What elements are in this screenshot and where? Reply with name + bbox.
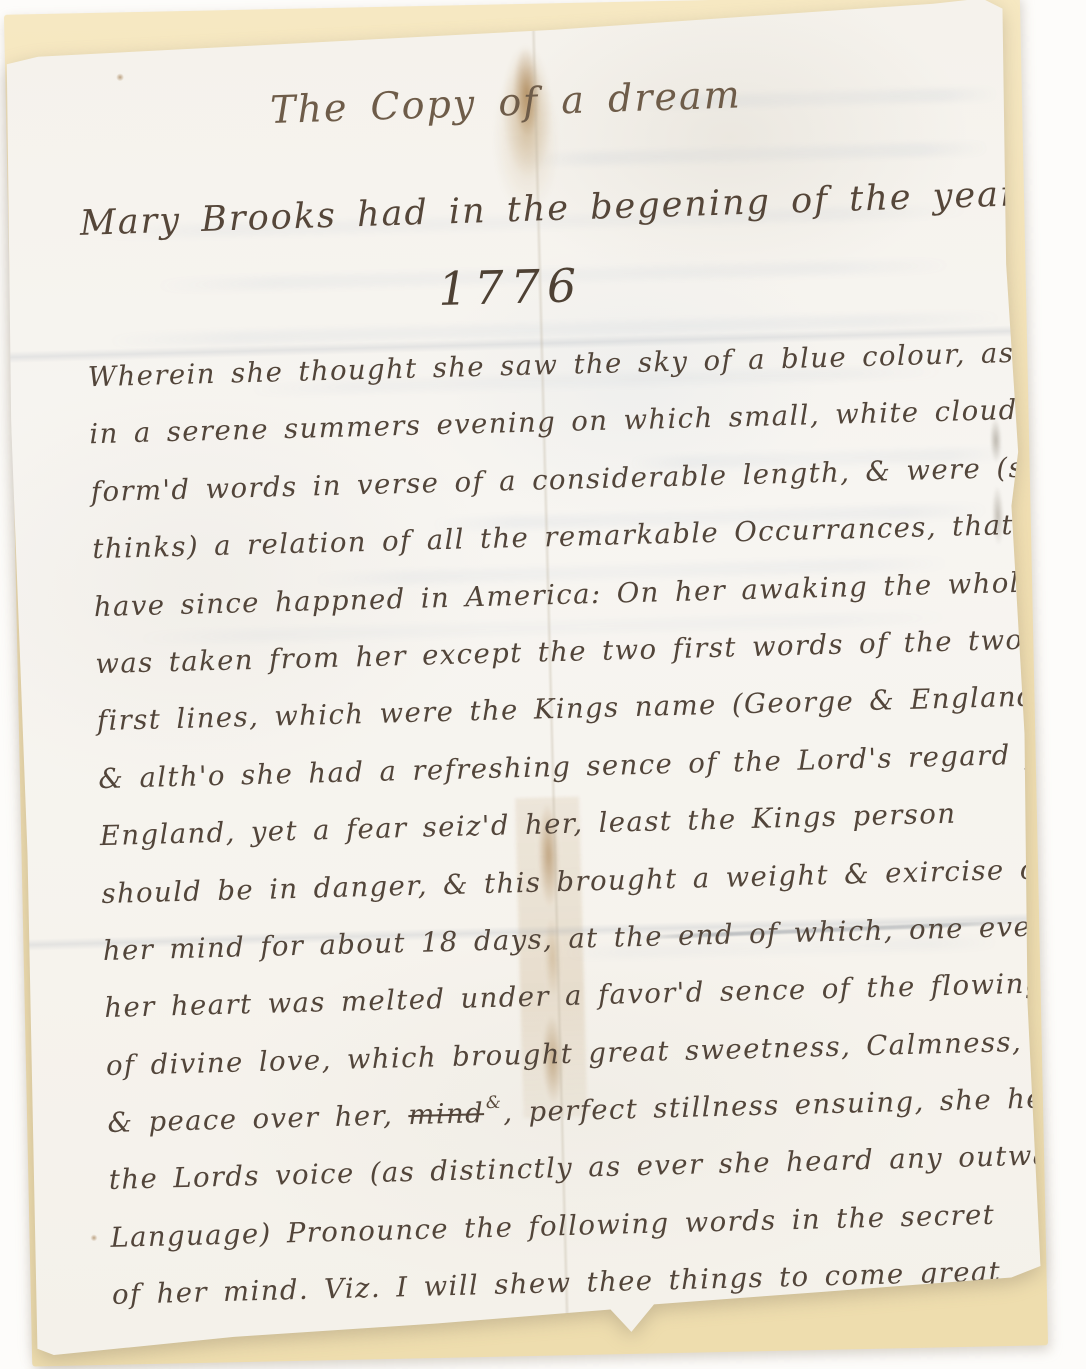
corrected-line-before: & peace over her, (107, 1099, 409, 1139)
struck-out-word: mind (408, 1097, 485, 1131)
photo-backdrop: The Copy of a dream Mary Brooks had in t… (0, 0, 1086, 1369)
show-through-smudge (520, 142, 990, 167)
insertion-mark: & (486, 1093, 502, 1113)
page-shadow: The Copy of a dream Mary Brooks had in t… (0, 0, 1086, 1369)
body-text: Wherein she thought she saw the sky of a… (88, 337, 1028, 1336)
stain-dot (116, 73, 124, 81)
stain-dot (90, 1234, 97, 1241)
manuscript-page: The Copy of a dream Mary Brooks had in t… (0, 0, 1045, 1365)
